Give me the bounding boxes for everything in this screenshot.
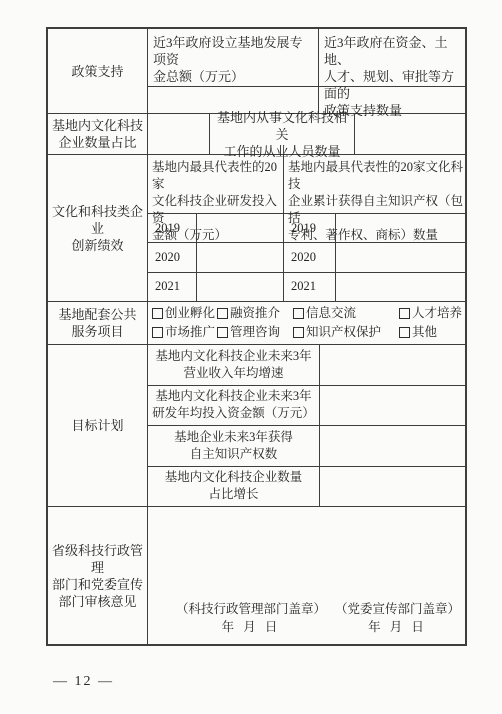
service-option-label: 管理咨询 bbox=[230, 324, 280, 341]
ip-year-row: 2019 bbox=[284, 214, 465, 243]
base-application-form-table: 政策支持 近3年政府设立基地发展专项资 金总额（万元） 近3年政府在资金、土地、… bbox=[46, 27, 467, 646]
innovation-label: 文化和科技类企业 创新绩效 bbox=[48, 155, 148, 301]
ip-count-column: 基地内最具代表性的20家文化科技 企业累计获得自主知识产权（包括 专利、著作权、… bbox=[284, 155, 465, 301]
section-policy-support: 政策支持 近3年政府设立基地发展专项资 金总额（万元） 近3年政府在资金、土地、… bbox=[48, 29, 465, 114]
target-row: 基地内文化科技企业未来3年 研发年均投入资金额（万元） bbox=[148, 386, 465, 427]
target-row-label: 基地内文化科技企业未来3年 营业收入年均增速 bbox=[148, 345, 320, 385]
section-target-plan: 目标计划 基地内文化科技企业未来3年 营业收入年均增速 基地内文化科技企业未来3… bbox=[48, 345, 465, 507]
target-row-label: 基地内文化科技企业数量 占比增长 bbox=[148, 467, 320, 507]
stamp-caption: （党委宣传部门盖章） bbox=[335, 600, 460, 618]
target-row: 基地内文化科技企业未来3年 营业收入年均增速 bbox=[148, 345, 465, 386]
target-row-label: 基地企业未来3年获得 自主知识产权数 bbox=[148, 426, 320, 466]
rd-year-row: 2021 bbox=[148, 273, 283, 301]
target-row-value-cell bbox=[320, 345, 465, 385]
ip-value-2020-cell bbox=[336, 243, 465, 271]
checkbox-icon bbox=[293, 327, 304, 338]
year-label: 2021 bbox=[284, 273, 336, 301]
year-label: 2020 bbox=[148, 243, 197, 271]
service-option-label: 融资推介 bbox=[230, 305, 280, 322]
stamp-caption: （科技行政管理部门盖章） bbox=[176, 600, 326, 618]
service-option-label: 信息交流 bbox=[306, 305, 356, 322]
service-options-cell: 创业孵化 融资推介 信息交流 人才培养 市场推广 管理咨询 知识产权保护 其他 bbox=[148, 302, 465, 344]
service-option-label: 人才培养 bbox=[412, 305, 462, 322]
section-innovation-performance: 文化和科技类企业 创新绩效 基地内最具代表性的20家 文化科技企业研发投入资 金… bbox=[48, 155, 465, 302]
date-line: 年 月 日 bbox=[176, 618, 326, 636]
date-line: 年 月 日 bbox=[335, 618, 460, 636]
policy-count-column: 近3年政府在资金、土地、 人才、规划、审批等方面的 政策支持数量 bbox=[319, 29, 465, 113]
ip-year-row: 2020 bbox=[284, 243, 465, 272]
service-option: 其他 bbox=[399, 324, 463, 341]
policy-fund-header: 近3年政府设立基地发展专项资 金总额（万元） bbox=[148, 29, 318, 87]
year-label: 2019 bbox=[148, 214, 197, 242]
target-row: 基地企业未来3年获得 自主知识产权数 bbox=[148, 426, 465, 467]
service-option: 人才培养 bbox=[399, 305, 463, 322]
checkbox-icon bbox=[217, 327, 228, 338]
target-plan-label: 目标计划 bbox=[48, 345, 148, 506]
service-option-label: 知识产权保护 bbox=[306, 324, 381, 341]
service-option: 市场推广 bbox=[152, 324, 217, 341]
checkbox-icon bbox=[399, 308, 410, 319]
public-services-label: 基地配套公共 服务项目 bbox=[48, 302, 148, 344]
section-review-opinion: 省级科技行政管理 部门和党委宣传 部门审核意见 （科技行政管理部门盖章） 年 月… bbox=[48, 507, 465, 644]
year-label: 2021 bbox=[148, 273, 197, 301]
service-option: 管理咨询 bbox=[217, 324, 293, 341]
review-opinion-label: 省级科技行政管理 部门和党委宣传 部门审核意见 bbox=[48, 507, 148, 644]
scanned-form-page: 政策支持 近3年政府设立基地发展专项资 金总额（万元） 近3年政府在资金、土地、… bbox=[0, 0, 502, 714]
policy-count-header: 近3年政府在资金、土地、 人才、规划、审批等方面的 政策支持数量 bbox=[319, 29, 465, 87]
staff-count-value-cell bbox=[355, 114, 465, 154]
service-option-label: 市场推广 bbox=[165, 324, 215, 341]
service-option-label: 创业孵化 bbox=[165, 305, 215, 322]
target-row-value-cell bbox=[320, 426, 465, 466]
year-label: 2019 bbox=[284, 214, 336, 242]
review-opinion-cell: （科技行政管理部门盖章） 年 月 日 （党委宣传部门盖章） 年 月 日 bbox=[148, 507, 465, 644]
section-enterprise-ratio: 基地内文化科技 企业数量占比 基地内从事文化科技相关 工作的从业人员数量 bbox=[48, 114, 465, 155]
rd-year-row: 2019 bbox=[148, 214, 283, 243]
service-option: 创业孵化 bbox=[152, 305, 217, 322]
target-row-value-cell bbox=[320, 386, 465, 426]
rd-year-row: 2020 bbox=[148, 243, 283, 272]
target-row-label: 基地内文化科技企业未来3年 研发年均投入资金额（万元） bbox=[148, 386, 320, 426]
enterprise-ratio-value-cell bbox=[148, 114, 210, 154]
rd-value-2020-cell bbox=[197, 243, 283, 271]
service-option-label: 其他 bbox=[412, 324, 437, 341]
rd-investment-column: 基地内最具代表性的20家 文化科技企业研发投入资 金额（万元） 2019 202… bbox=[148, 155, 284, 301]
service-option: 融资推介 bbox=[217, 305, 293, 322]
year-label: 2020 bbox=[284, 243, 336, 271]
target-plan-rows: 基地内文化科技企业未来3年 营业收入年均增速 基地内文化科技企业未来3年 研发年… bbox=[148, 345, 465, 506]
enterprise-ratio-label: 基地内文化科技 企业数量占比 bbox=[48, 114, 148, 154]
ip-value-2019-cell bbox=[336, 214, 465, 242]
stamp-block-party-committee: （党委宣传部门盖章） 年 月 日 bbox=[335, 600, 460, 636]
section-public-services: 基地配套公共 服务项目 创业孵化 融资推介 信息交流 人才培养 市场推广 管理咨… bbox=[48, 302, 465, 345]
ip-year-row: 2021 bbox=[284, 273, 465, 301]
checkbox-icon bbox=[399, 327, 410, 338]
policy-fund-column: 近3年政府设立基地发展专项资 金总额（万元） bbox=[148, 29, 319, 113]
ip-count-header: 基地内最具代表性的20家文化科技 企业累计获得自主知识产权（包括 专利、著作权、… bbox=[284, 155, 465, 214]
checkbox-icon bbox=[293, 308, 304, 319]
checkbox-icon bbox=[152, 327, 163, 338]
stamp-block-science-dept: （科技行政管理部门盖章） 年 月 日 bbox=[176, 600, 326, 636]
ip-value-2021-cell bbox=[336, 273, 465, 301]
rd-value-2019-cell bbox=[197, 214, 283, 242]
checkbox-icon bbox=[217, 308, 228, 319]
staff-count-header: 基地内从事文化科技相关 工作的从业人员数量 bbox=[210, 114, 355, 154]
rd-investment-header: 基地内最具代表性的20家 文化科技企业研发投入资 金额（万元） bbox=[148, 155, 283, 214]
policy-support-label: 政策支持 bbox=[48, 29, 148, 113]
checkbox-icon bbox=[152, 308, 163, 319]
rd-value-2021-cell bbox=[197, 273, 283, 301]
target-row-value-cell bbox=[320, 467, 465, 507]
page-number: — 12 — bbox=[53, 674, 114, 690]
service-option: 知识产权保护 bbox=[293, 324, 399, 341]
service-option: 信息交流 bbox=[293, 305, 399, 322]
target-row: 基地内文化科技企业数量 占比增长 bbox=[148, 467, 465, 507]
